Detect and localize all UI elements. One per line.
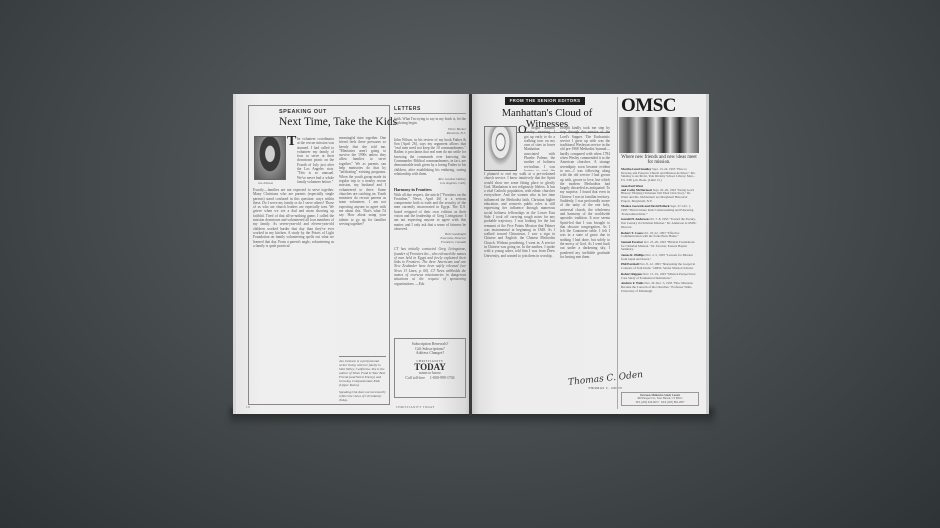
logo-bottom: TODAY [395,363,465,371]
omsc-event-list: Martha Lund Smalley Sept. 13–24, 1993 "H… [621,168,697,383]
letter-location: Frontiers, Canada [394,240,466,244]
omsc-event: Monica Goswick and David Pollock Sept. 2… [621,205,697,216]
omsc-phone-fax: TEL (203) 624-6672 · FAX (203) 865-2857 [622,401,698,404]
magazine-spread: SPEAKING OUT Next Time, Take the Kids Ja… [233,94,709,416]
running-footer: CHRISTIANITY TODAY [396,405,435,409]
author-photo-caption: Jan Johnson [258,181,273,185]
article-title: Next Time, Take the Kids [279,116,397,128]
subscription-ad: Subscription Renewals? Gift Subscription… [394,338,466,398]
author-bio-text: Jan Johnson is a professional writer liv… [339,359,386,387]
letter-text: With all due respect, the article ["Fron… [394,193,466,232]
omsc-event: Martha Lund Smalley Sept. 13–24, 1993 "H… [621,168,697,183]
omsc-event: Robert Riggans Nov. 15–19, 1993 "Mission… [621,273,697,280]
omsc-event: Samuel Escobar Oct. 25–29, 1993 "Biblica… [621,241,697,252]
omsc-logo: OMSC [621,97,676,115]
omsc-event: Phil Parshall Nov. 8–12, 1993 "Sharpenin… [621,263,697,270]
call-label: Call toll-free [405,376,425,380]
omsc-advertisement: OMSC Where new friends and new ideas mee… [617,97,700,409]
letter-text: John Wilson, in his review of my book Fa… [394,138,466,177]
letter-location: Los Angeles, Calif. [394,181,466,185]
body-column-2-text: meaningful time together. One friend fee… [339,136,386,226]
section-kicker: SPEAKING OUT [279,109,327,115]
letter-text: faith. What I'm trying to say in my book… [394,117,466,126]
lead-paragraph: he volunteer coordinator at the rescue m… [297,137,334,187]
christianity-today-logo: CHRISTIANITY TODAY [395,359,465,372]
author-bio-disclaimer: Speaking Out does not necessarily reflec… [339,390,386,402]
section-banner: FROM THE SENIOR EDITORS [505,97,585,105]
omsc-photo [619,117,699,153]
body-column-2: meaningful time together. One friend fee… [339,136,386,351]
lead-paragraph-text: ne bright autumn Sunday morning, I got u… [524,126,555,171]
lead-paragraph: ne bright autumn Sunday morning, I got u… [524,126,555,171]
author-sketch-portrait [484,126,517,171]
omsc-event: and Cathy McDermott Sept. 20–29, 1993 "D… [621,189,697,204]
author-bio: Jan Johnson is a professional writer liv… [339,356,386,402]
body-column-1-text: Exactly—families are not expected to ser… [253,188,334,248]
drop-cap: T [287,136,296,148]
omsc-event: Andrew F. Walls Nov. 29–Dec. 3, 1993 "Ho… [621,282,697,293]
left-page: SPEAKING OUT Next Time, Take the Kids Ja… [233,94,472,414]
body-column-1-text: I planned to end my walk at a pre-ordain… [484,172,555,258]
author-photo [254,136,286,180]
omsc-event: Gerald H. Anderson Oct. 7–8, 1993 "Towar… [621,218,697,229]
body-column-2: Joseph kindly took me step by step throu… [560,126,610,371]
phone-number: 1-800-999-1704 [430,376,455,380]
editor-note: CT has initially contacted Greg Livingst… [394,247,466,286]
letters-column: faith. What I'm trying to say in my book… [394,117,466,335]
letter-location: Paramus, N.J. [394,131,466,135]
speaking-out-article: SPEAKING OUT Next Time, Take the Kids Ja… [248,105,390,405]
event-desc: "Third Culture Kids: Understanding and E… [621,208,693,216]
letters-header: LETTERS [394,106,466,114]
omsc-tagline: Where new friends and new ideas meet for… [619,155,699,165]
page-number: 10 [246,405,250,409]
omsc-contact-box: Overseas Ministries Study Center 490 Pro… [621,392,699,406]
body-column-2-text: Joseph kindly took me step by step throu… [560,126,610,259]
omsc-event: Robert T. Coote Oct. 18–22, 1993 "Effect… [621,232,697,239]
body-column-1: Exactly—families are not expected to ser… [253,188,334,398]
subscription-line-3: Address Changes? [395,351,465,356]
event-desc: "How to Develop and Preserve Church and … [621,168,696,182]
body-column-1: I planned to end my walk at a pre-ordain… [484,172,555,402]
right-page: FROM THE SENIOR EDITORS Manhattan's Clou… [472,94,709,414]
omsc-event: James R. Phillips Nov. 2–5, 1993 "Lesson… [621,254,697,261]
phone-line: Call toll-free 1-800-999-1704 [395,376,465,381]
